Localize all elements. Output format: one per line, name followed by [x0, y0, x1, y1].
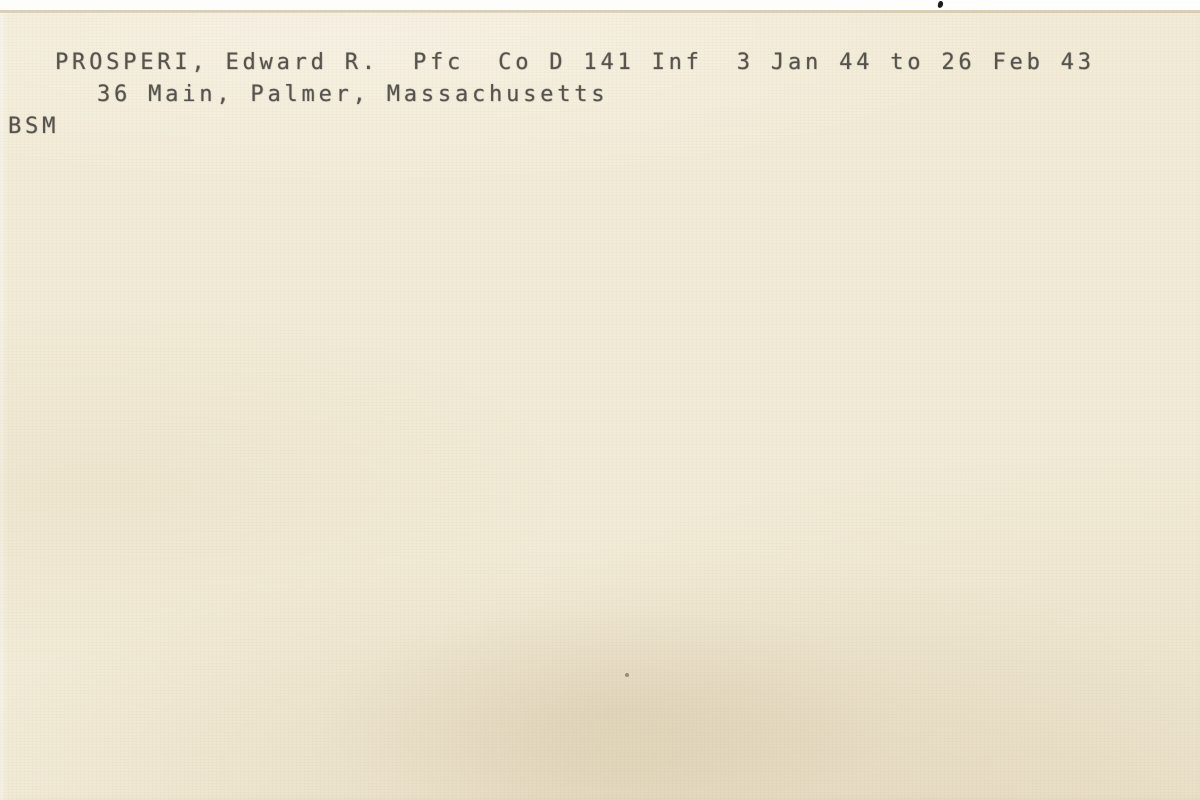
scanned-page: PROSPERI, Edward R. Pfc Co D 141 Inf 3 J…	[0, 0, 1200, 800]
paper-grain-texture	[0, 12, 1200, 800]
typed-line-award: BSM	[8, 116, 59, 138]
typed-line-name-unit-dates: PROSPERI, Edward R. Pfc Co D 141 Inf 3 J…	[55, 52, 1095, 74]
typed-line-address: 36 Main, Palmer, Massachusetts	[97, 84, 608, 106]
index-card: PROSPERI, Edward R. Pfc Co D 141 Inf 3 J…	[0, 10, 1200, 800]
paper-tone-overlay	[0, 12, 1200, 800]
paper-speck	[625, 673, 629, 677]
scan-speck	[937, 1, 943, 9]
